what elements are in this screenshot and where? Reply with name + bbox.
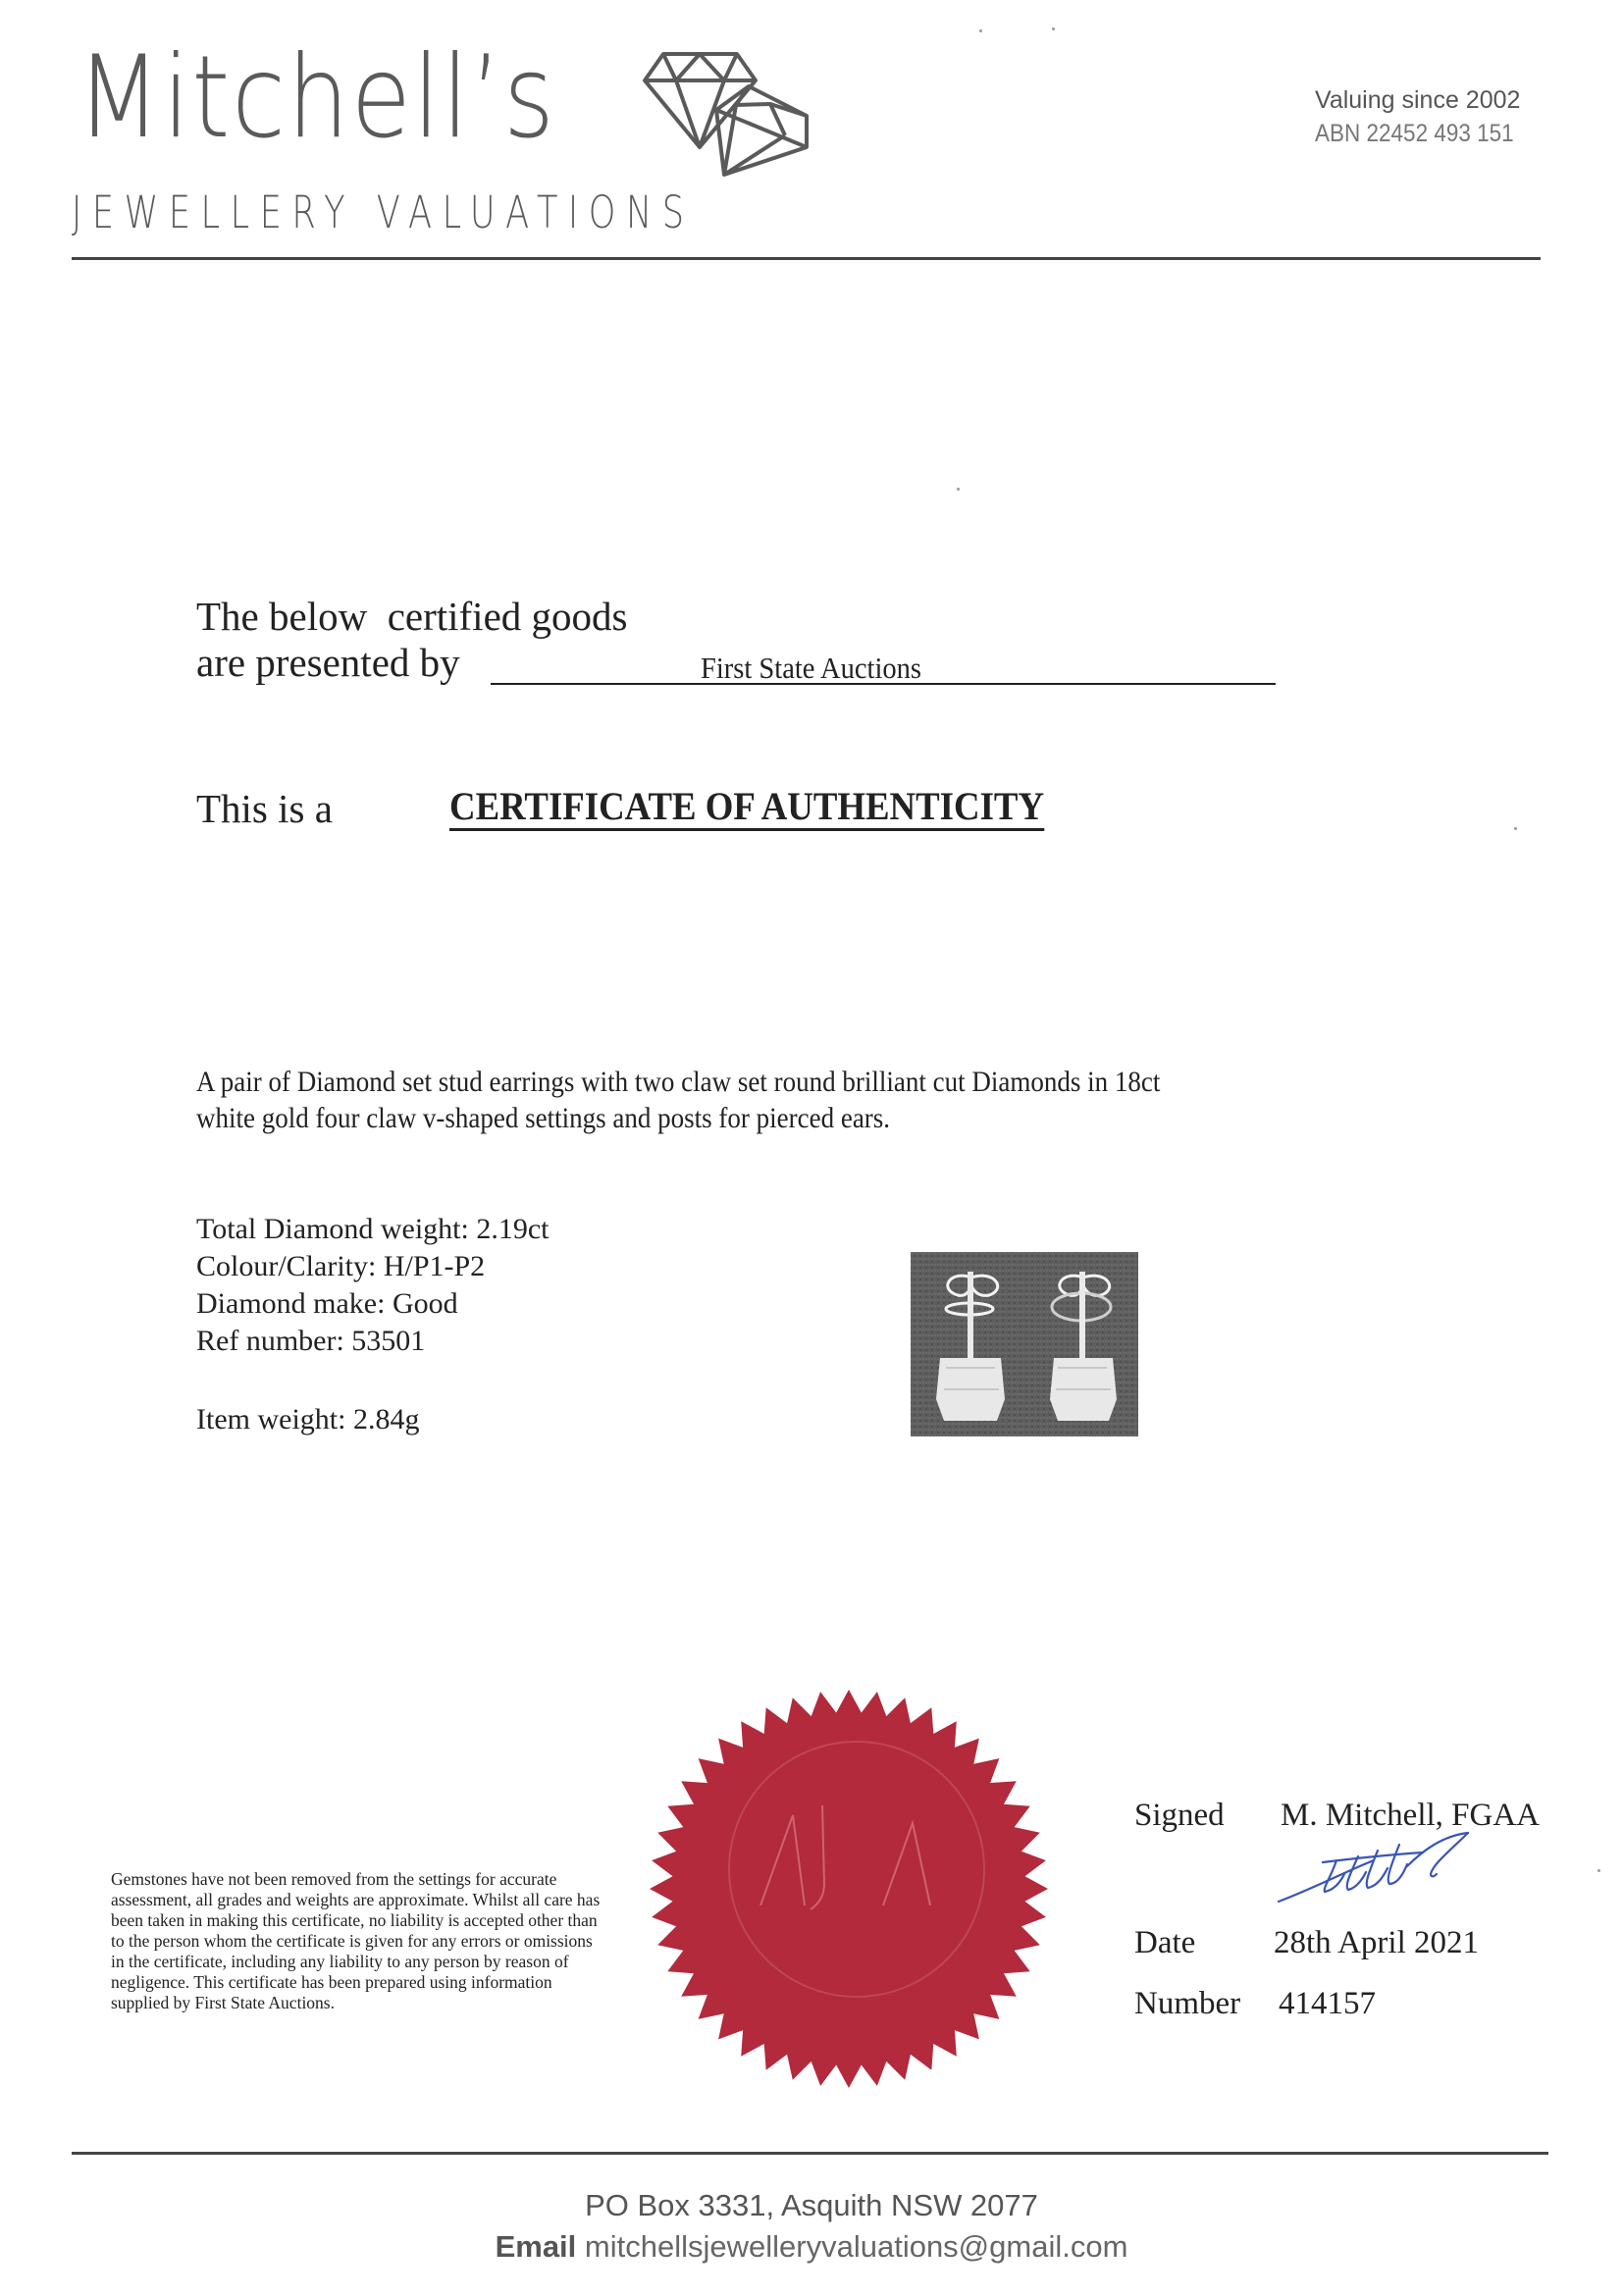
footer-email-line: Email mitchellsjewelleryvaluations@gmail…	[0, 2229, 1623, 2265]
number-label: Number	[1134, 1986, 1240, 2022]
tagline: Valuing since 2002	[1315, 86, 1520, 115]
detail-total-weight: Total Diamond weight: 2.19ct	[196, 1211, 550, 1248]
detail-colour-clarity: Colour/Clarity: H/P1-P2	[196, 1248, 550, 1285]
signed-value: M. Mitchell, FGAA	[1281, 1798, 1540, 1834]
abn-number: ABN 22452 493 151	[1315, 120, 1514, 148]
certificate-title: CERTIFICATE OF AUTHENTICITY	[449, 785, 1044, 831]
presented-line-1: The below certified goods	[196, 593, 627, 640]
disclaimer-text: Gemstones have not been removed from the…	[111, 1869, 602, 2013]
presented-line-2: are presented by	[196, 639, 460, 686]
date-label: Date	[1134, 1925, 1195, 1961]
header-divider	[72, 257, 1541, 260]
diamonds-icon	[638, 49, 814, 182]
footer-address: PO Box 3331, Asquith NSW 2077	[0, 2188, 1623, 2223]
detail-ref-number: Ref number: 53501	[196, 1323, 550, 1360]
red-seal-icon	[648, 1688, 1050, 2090]
signed-label: Signed	[1134, 1798, 1225, 1834]
number-value: 414157	[1279, 1986, 1376, 2022]
brand-name: Mitchell’s	[77, 41, 556, 155]
brand-subtitle: JEWELLERY VALUATIONS	[72, 190, 695, 235]
item-details: Total Diamond weight: 2.19ct Colour/Clar…	[196, 1211, 550, 1438]
certificate-prefix: This is a	[196, 785, 333, 832]
detail-make: Diamond make: Good	[196, 1285, 550, 1323]
detail-item-weight: Item weight: 2.84g	[196, 1401, 550, 1438]
earrings-photo	[911, 1252, 1138, 1436]
date-value: 28th April 2021	[1274, 1925, 1479, 1961]
presenter-name: First State Auctions	[701, 651, 921, 686]
item-description: A pair of Diamond set stud earrings with…	[196, 1064, 1177, 1136]
email-label: Email	[496, 2229, 577, 2264]
email-link[interactable]: mitchellsjewelleryvaluations@gmail.com	[585, 2229, 1128, 2264]
signature-icon	[1276, 1831, 1482, 1905]
footer-divider	[72, 2152, 1548, 2155]
